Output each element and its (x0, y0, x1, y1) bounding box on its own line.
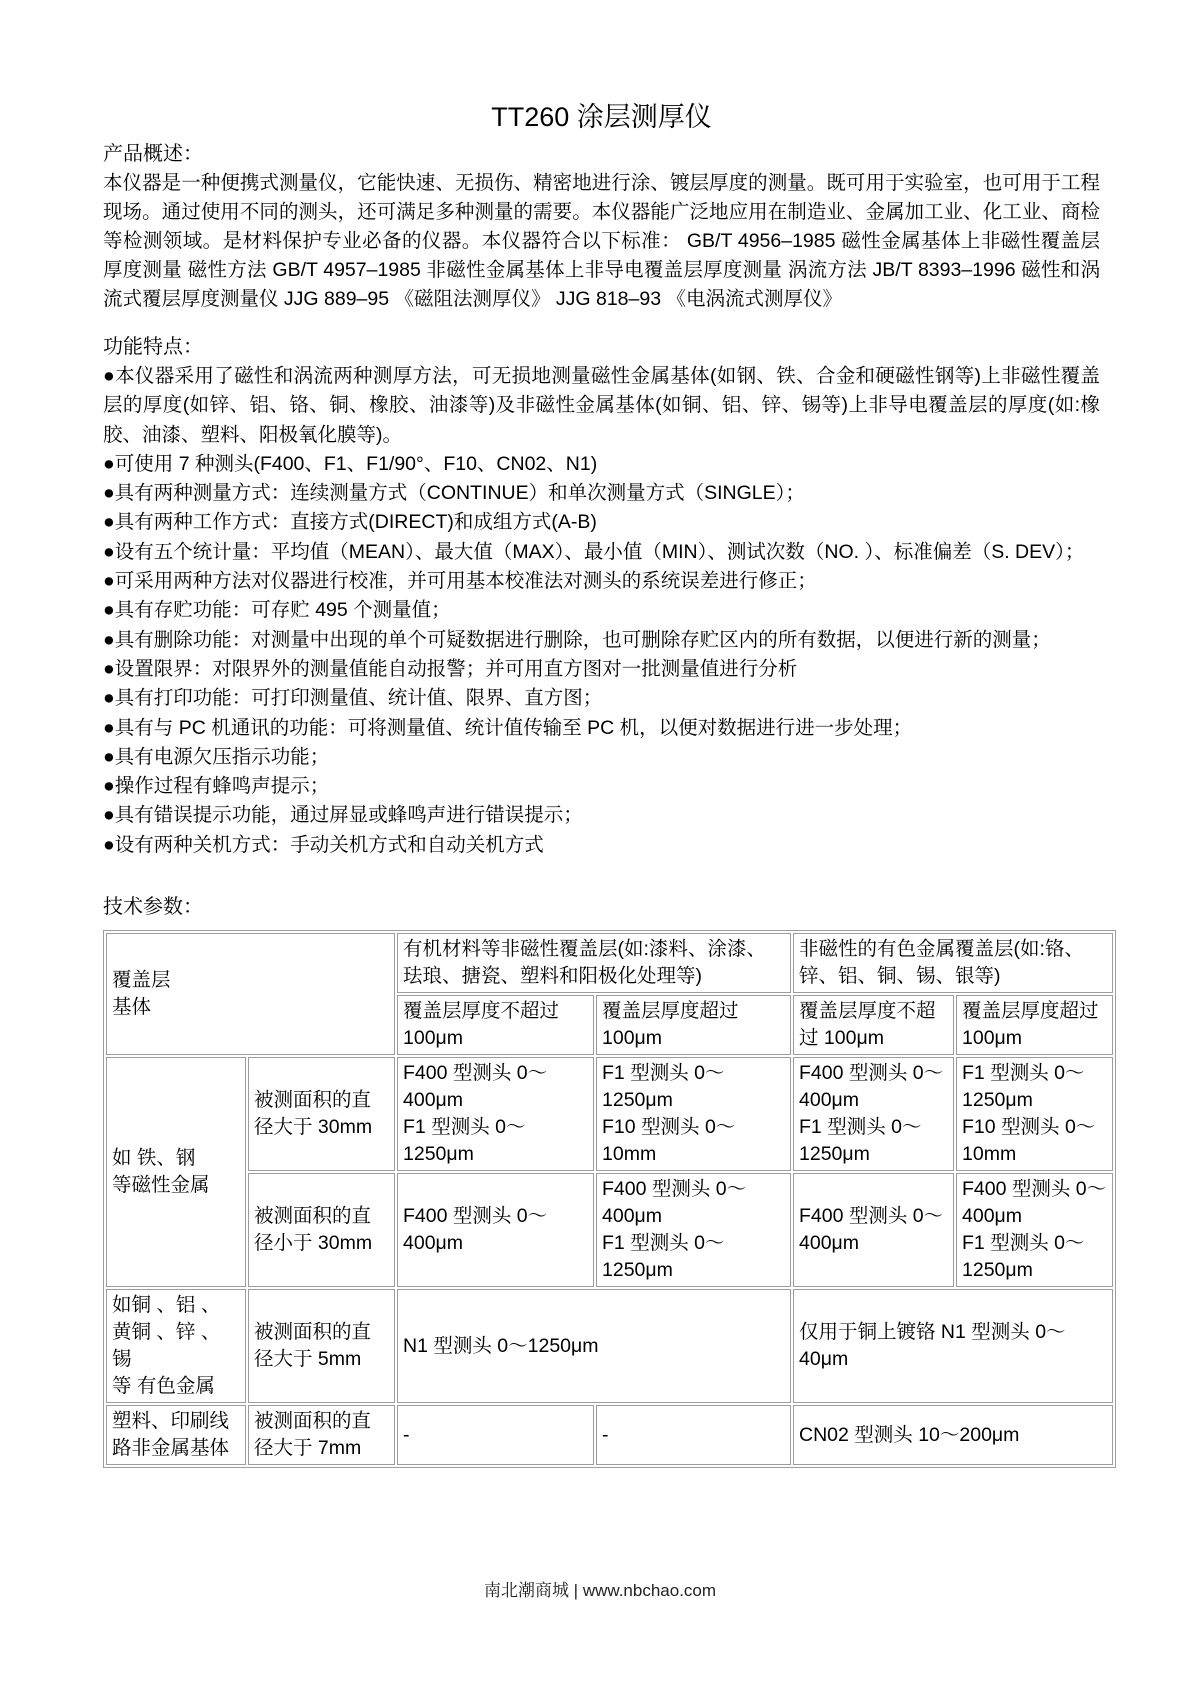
cell-probe-spec: - (397, 1405, 594, 1465)
table-row-group-header: 覆盖层 基体 有机材料等非磁性覆盖层(如:漆料、涂漆、珐琅、搪瓷、塑料和阳极化处… (106, 933, 1113, 993)
footer-text: 南北潮商城 | www.nbchao.com (0, 1576, 1200, 1601)
feature-item: ●具有错误提示功能，通过屏显或蜂鸣声进行错误提示； (103, 801, 1100, 830)
feature-item: ●可使用 7 种测头(F400、F1、F1/90°、F10、CN02、N1) (103, 450, 1100, 479)
feature-item: ●本仪器采用了磁性和涡流两种测厚方法，可无损地测量磁性金属基体(如钢、铁、合金和… (103, 362, 1100, 450)
table-row-magnetic-large-area: 如 铁、钢 等磁性金属 被测面积的直径大于 30mm F400 型测头 0～40… (106, 1057, 1113, 1171)
feature-item: ●具有存贮功能：可存贮 495 个测量值； (103, 596, 1100, 625)
specs-table: 覆盖层 基体 有机材料等非磁性覆盖层(如:漆料、涂漆、珐琅、搪瓷、塑料和阳极化处… (103, 930, 1116, 1468)
cell-probe-spec: F400 型测头 0～400μm F1 型测头 0～1250μm (793, 1057, 954, 1171)
table-row-nonferrous: 如铜 、铝 、 黄铜 、锌 、 锡 等 有色金属 被测面积的直径大于 5mm N… (106, 1289, 1113, 1403)
cell-group-metal-coatings: 非磁性的有色金属覆盖层(如:铬、锌、铝、铜、锡、银等) (793, 933, 1113, 993)
table-row-nonmetal: 塑料、印刷线路非金属基体 被测面积的直径大于 7mm - - CN02 型测头 … (106, 1405, 1113, 1465)
cell-group-organic-coatings: 有机材料等非磁性覆盖层(如:漆料、涂漆、珐琅、搪瓷、塑料和阳极化处理等) (397, 933, 791, 993)
cell-probe-spec: N1 型测头 0～1250μm (397, 1289, 791, 1403)
cell-base-nonmetal-substrate: 塑料、印刷线路非金属基体 (106, 1405, 246, 1465)
cell-condition-diameter-gt-5mm: 被测面积的直径大于 5mm (248, 1289, 395, 1403)
cell-subheader-thickness-under-100: 覆盖层厚度不超过 100μm (397, 995, 594, 1055)
cell-probe-spec: F400 型测头 0～400μm (397, 1173, 594, 1287)
page-title: TT260 涂层测厚仪 (103, 100, 1100, 134)
overview-heading: 产品概述： (103, 140, 1100, 169)
cell-probe-spec: F400 型测头 0～400μm F1 型测头 0～1250μm (596, 1173, 791, 1287)
cell-probe-spec: F400 型测头 0～400μm (793, 1173, 954, 1287)
feature-item: ●具有电源欠压指示功能； (103, 743, 1100, 772)
cell-subheader-thickness-over-100: 覆盖层厚度超过 100μm (956, 995, 1113, 1055)
overview-paragraph: 本仪器是一种便携式测量仪，它能快速、无损伤、精密地进行涂、镀层厚度的测量。既可用… (103, 169, 1100, 314)
feature-item: ●可采用两种方法对仪器进行校准，并可用基本校准法对测头的系统误差进行修正； (103, 567, 1100, 596)
feature-item: ●设置限界：对限界外的测量值能自动报警；并可用直方图对一批测量值进行分析 (103, 655, 1100, 684)
cell-corner-base-coating: 覆盖层 基体 (106, 933, 395, 1055)
cell-base-nonferrous-metals: 如铜 、铝 、 黄铜 、锌 、 锡 等 有色金属 (106, 1289, 246, 1403)
specs-heading: 技术参数： (103, 893, 1100, 922)
feature-item: ●设有五个统计量：平均值（MEAN）、最大值（MAX）、最小值（MIN）、测试次… (103, 538, 1100, 567)
feature-item: ●具有打印功能：可打印测量值、统计值、限界、直方图； (103, 684, 1100, 713)
feature-item: ●操作过程有蜂鸣声提示； (103, 772, 1100, 801)
feature-item: ●具有删除功能：对测量中出现的单个可疑数据进行删除，也可删除存贮区内的所有数据，… (103, 626, 1100, 655)
page-content: TT260 涂层测厚仪 产品概述： 本仪器是一种便携式测量仪，它能快速、无损伤、… (0, 0, 1200, 1468)
feature-item: ●设有两种关机方式：手动关机方式和自动关机方式 (103, 831, 1100, 860)
feature-item: ●具有与 PC 机通讯的功能：可将测量值、统计值传输至 PC 机，以便对数据进行… (103, 714, 1100, 743)
cell-base-magnetic-metals: 如 铁、钢 等磁性金属 (106, 1057, 246, 1287)
cell-probe-spec: 仅用于铜上镀铬 N1 型测头 0～40μm (793, 1289, 1113, 1403)
cell-probe-spec: F400 型测头 0～400μm F1 型测头 0～1250μm (956, 1173, 1113, 1287)
table-row-magnetic-small-area: 被测面积的直径小于 30mm F400 型测头 0～400μm F400 型测头… (106, 1173, 1113, 1287)
features-list: ●本仪器采用了磁性和涡流两种测厚方法，可无损地测量磁性金属基体(如钢、铁、合金和… (103, 362, 1100, 860)
cell-condition-diameter-gt-30mm: 被测面积的直径大于 30mm (248, 1057, 395, 1171)
cell-probe-spec: F1 型测头 0～1250μm F10 型测头 0～10mm (596, 1057, 791, 1171)
cell-condition-diameter-gt-7mm: 被测面积的直径大于 7mm (248, 1405, 395, 1465)
features-heading: 功能特点： (103, 333, 1100, 362)
feature-item: ●具有两种工作方式：直接方式(DIRECT)和成组方式(A-B) (103, 508, 1100, 537)
cell-probe-spec: CN02 型测头 10～200μm (793, 1405, 1113, 1465)
cell-probe-spec: - (596, 1405, 791, 1465)
cell-subheader-thickness-over-100: 覆盖层厚度超过 100μm (596, 995, 791, 1055)
cell-condition-diameter-lt-30mm: 被测面积的直径小于 30mm (248, 1173, 395, 1287)
document-page: { "page": { "title": "TT260 涂层测厚仪" }, "o… (0, 0, 1200, 1697)
feature-item: ●具有两种测量方式：连续测量方式（CONTINUE）和单次测量方式（SINGLE… (103, 479, 1100, 508)
cell-subheader-thickness-under-100: 覆盖层厚度不超过 100μm (793, 995, 954, 1055)
cell-probe-spec: F400 型测头 0～400μm F1 型测头 0～1250μm (397, 1057, 594, 1171)
cell-probe-spec: F1 型测头 0～1250μm F10 型测头 0～10mm (956, 1057, 1113, 1171)
